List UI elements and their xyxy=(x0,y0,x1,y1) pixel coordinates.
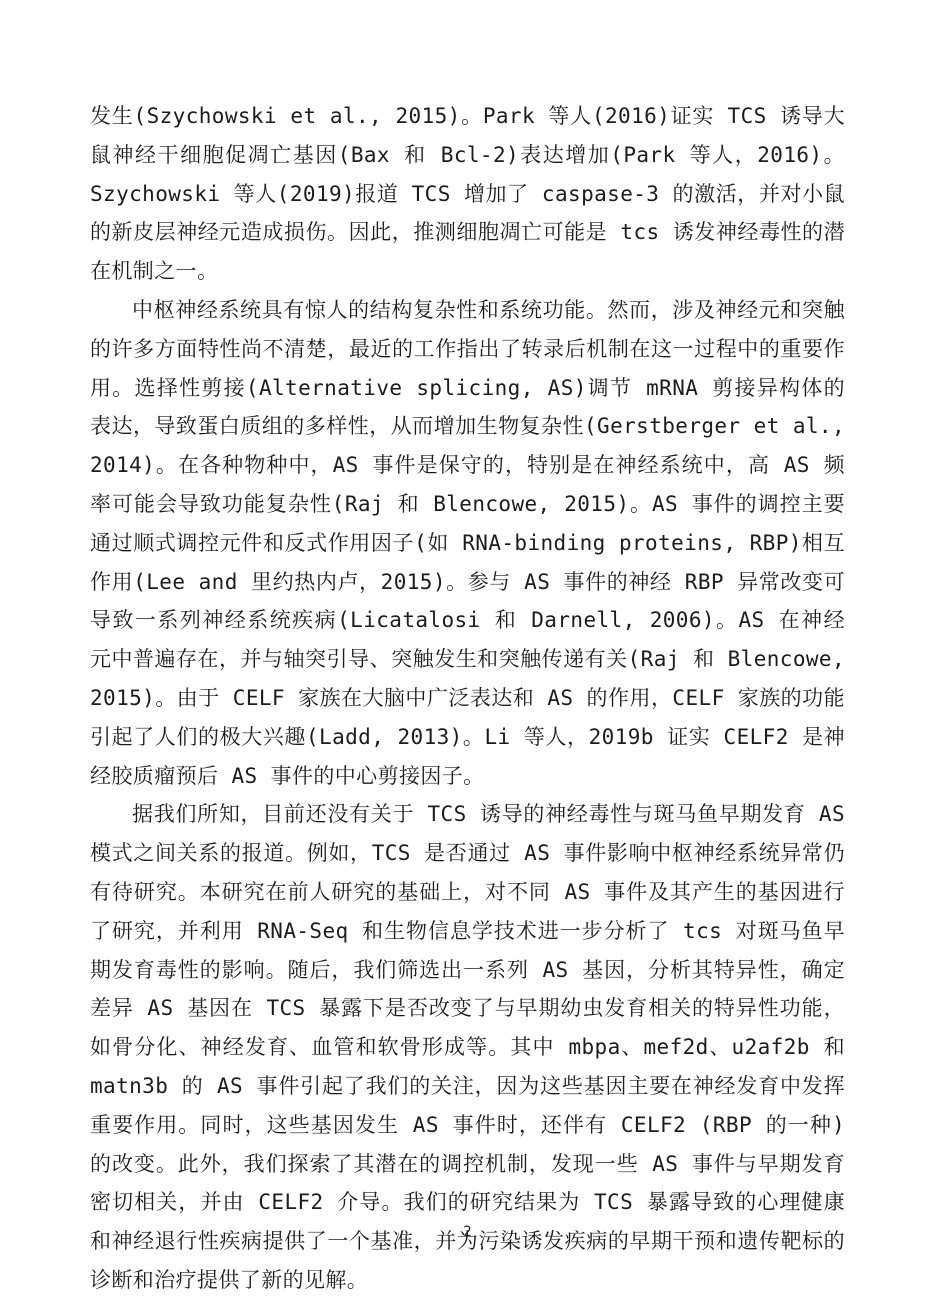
paragraph-cns-alternative-splicing: 中枢神经系统具有惊人的结构复杂性和系统功能。然而，涉及神经元和突触的许多方面特性… xyxy=(90,291,845,795)
document-page: 发生(Szychowski et al., 2015)。Park 等人(2016… xyxy=(0,0,926,1309)
page-number: 2 xyxy=(90,1222,845,1242)
page-body-text: 发生(Szychowski et al., 2015)。Park 等人(2016… xyxy=(90,97,845,1300)
paragraph-apoptosis-continuation: 发生(Szychowski et al., 2015)。Park 等人(2016… xyxy=(90,97,845,291)
